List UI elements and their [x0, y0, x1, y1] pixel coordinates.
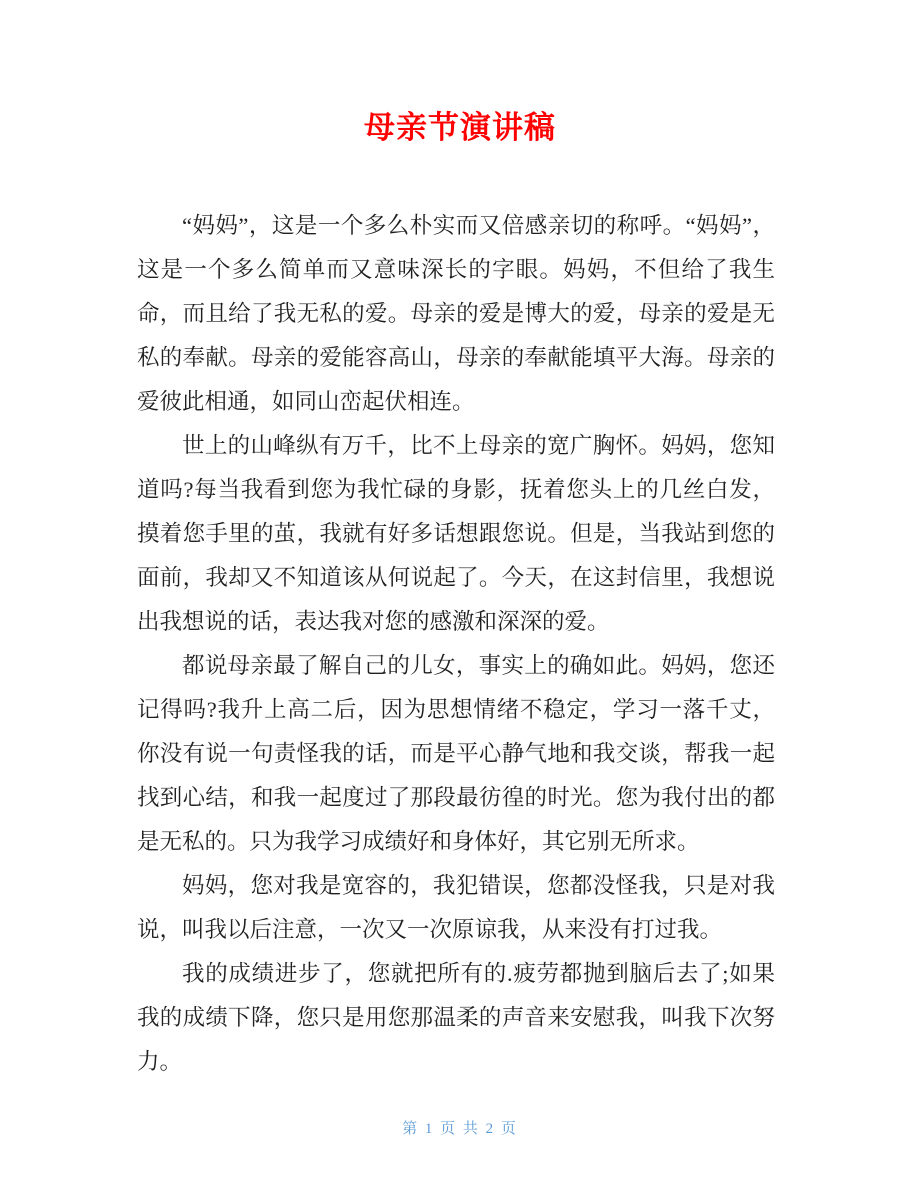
document-body: “妈妈”，这是一个多么朴实而又倍感亲切的称呼。“妈妈”，这是一个多么简单而又意味… — [137, 204, 775, 1084]
paragraph-2: 世上的山峰纵有万千，比不上母亲的宽广胸怀。妈妈，您知道吗?每当我看到您为我忙碌的… — [137, 424, 775, 644]
page-number-footer: 第 1 页 共 2 页 — [0, 1119, 920, 1139]
document-page: 母亲节演讲稿 “妈妈”，这是一个多么朴实而又倍感亲切的称呼。“妈妈”，这是一个多… — [0, 0, 920, 1191]
paragraph-5: 我的成绩进步了，您就把所有的.疲劳都抛到脑后去了;如果我的成绩下降，您只是用您那… — [137, 952, 775, 1084]
paragraph-4: 妈妈，您对我是宽容的，我犯错误，您都没怪我，只是对我说，叫我以后注意，一次又一次… — [137, 864, 775, 952]
document-title: 母亲节演讲稿 — [0, 0, 920, 148]
paragraph-1: “妈妈”，这是一个多么朴实而又倍感亲切的称呼。“妈妈”，这是一个多么简单而又意味… — [137, 204, 775, 424]
paragraph-3: 都说母亲最了解自己的儿女，事实上的确如此。妈妈，您还记得吗?我升上高二后，因为思… — [137, 644, 775, 864]
